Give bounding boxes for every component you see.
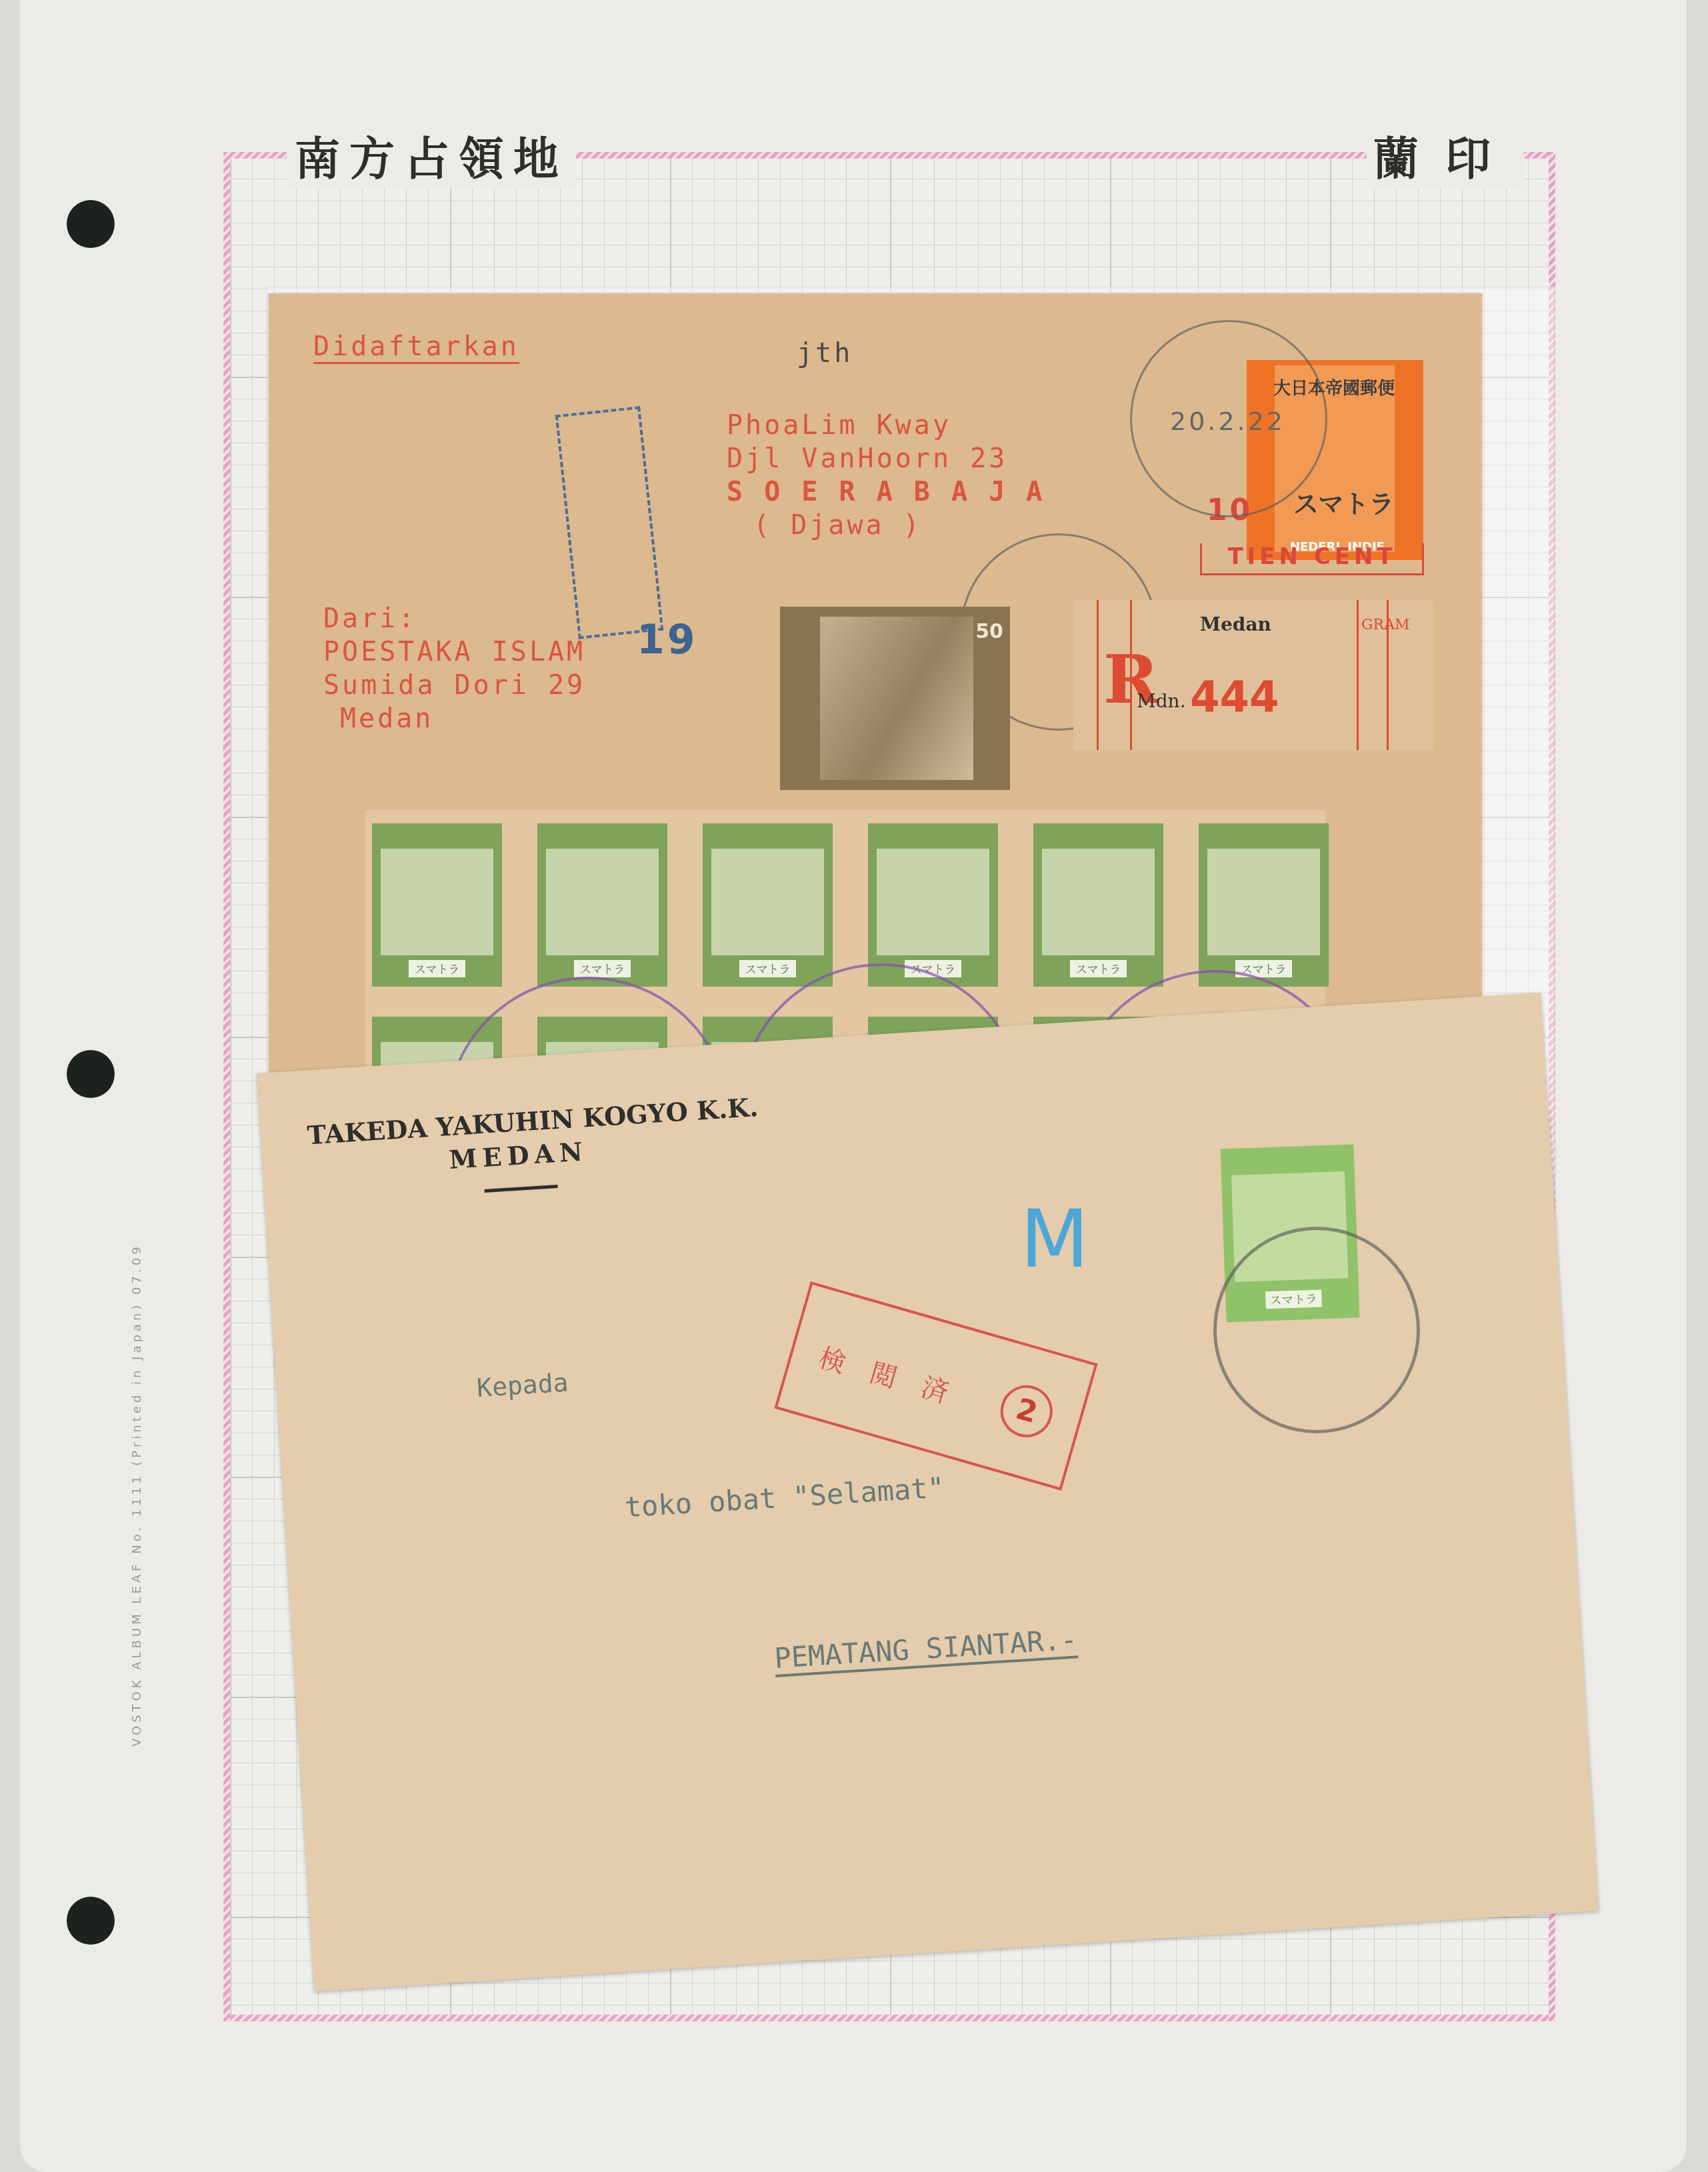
stamp-1-cent: スマトラ xyxy=(868,823,998,987)
sender-line: POESTAKA ISLAM xyxy=(323,637,585,667)
stamp-1-cent: スマトラ xyxy=(372,823,502,987)
stamp-1-cent: スマトラ xyxy=(1033,823,1163,987)
binder-hole xyxy=(67,1050,115,1098)
to-label: Kepada xyxy=(476,1368,569,1403)
binder-hole xyxy=(67,1897,115,1945)
postmark-date: 20.2.22 xyxy=(1170,407,1285,436)
border-bottom xyxy=(223,2015,1555,2021)
border-left xyxy=(223,152,230,2021)
surcharge-text: TIEN CENT xyxy=(1200,543,1424,575)
sender-line: Medan xyxy=(340,703,433,734)
weight-label: GRAM xyxy=(1361,617,1410,633)
divider xyxy=(485,1185,558,1193)
page-subtitle: 蘭印 xyxy=(1367,123,1524,188)
registered-heading: Didaftarkan xyxy=(313,331,519,364)
page-title: 南方占領地 xyxy=(287,123,576,188)
blue-handstamp-number: 19 xyxy=(637,617,698,663)
sender-label: Dari: xyxy=(323,603,417,634)
registration-label: R Medan Mdn. 444 GRAM xyxy=(1073,600,1433,750)
registration-number: 444 xyxy=(1190,673,1279,723)
recipient-line: PhoaLim Kway xyxy=(727,410,951,441)
registration-prefix: Mdn. xyxy=(1137,690,1186,712)
stamp-1-cent: スマトラ xyxy=(1199,823,1329,987)
album-imprint: VOSTOK ALBUM LEAF No. 1111 (Printed in J… xyxy=(130,1243,144,1747)
binder-hole xyxy=(67,200,115,248)
stamp-value: 50 xyxy=(975,620,1003,643)
registration-office: Medan xyxy=(1200,613,1271,635)
recipient-line: Djl VanHoorn 23 xyxy=(727,443,1007,474)
pencil-mark: M xyxy=(1020,1193,1089,1286)
postmark xyxy=(1213,1227,1420,1433)
recipient-name: toko obat "Selamat" xyxy=(623,1471,945,1524)
recipient-line: S O E R A B A J A xyxy=(727,477,1045,507)
note: jth xyxy=(797,338,853,369)
recipient-city: PEMATANG SIANTAR.- xyxy=(773,1623,1079,1677)
sender-city: MEDAN xyxy=(448,1136,589,1175)
stamp-50-cent: 50 xyxy=(780,607,1010,790)
sender-line: Sumida Dori 29 xyxy=(323,670,585,701)
overprint-katakana: スマトラ xyxy=(1293,483,1394,520)
stamp-1-cent: スマトラ xyxy=(703,823,833,987)
censor-number: 2 xyxy=(995,1379,1059,1443)
censored-cover: TAKEDA YAKUHIN KOGYO K.K. MEDAN Kepada t… xyxy=(257,993,1599,1991)
recipient-line: ( Djawa ) xyxy=(753,510,922,541)
stamp-1-cent: スマトラ xyxy=(537,823,667,987)
